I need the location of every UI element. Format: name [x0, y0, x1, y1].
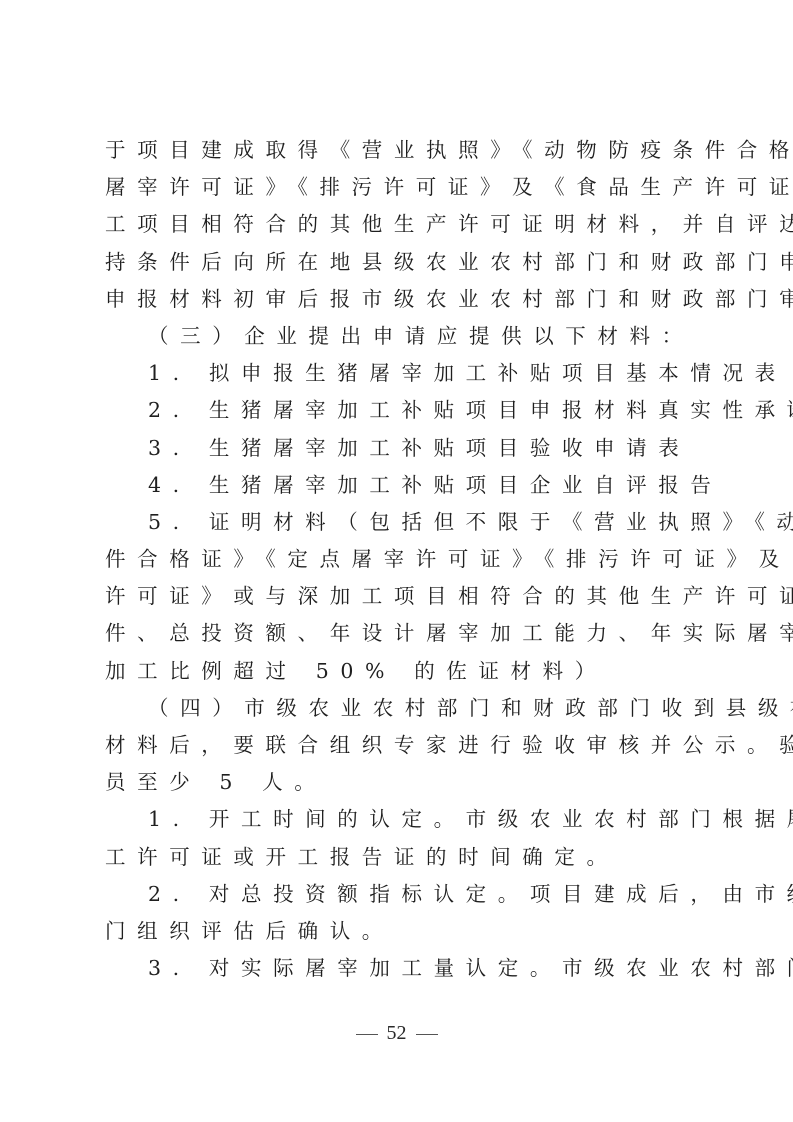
paragraph-line: 许可证》或与深加工项目相符合的其他生产许可证原件及复印	[105, 578, 705, 615]
paragraph-line: 工许可证或开工报告证的时间确定。	[105, 839, 705, 876]
list-item-5: 5. 证明材料（包括但不限于《营业执照》《动物防疫条	[105, 504, 705, 541]
criterion-item-3: 3. 对实际屠宰加工量认定。市级农业农村部门比对全国畜	[105, 950, 705, 987]
page-number: 52	[387, 1022, 407, 1044]
paragraph-line: 申报材料初审后报市级农业农村部门和财政部门审核。	[105, 281, 705, 318]
paragraph-line: 材料后，要联合组织专家进行验收审核并公示。验收组专家成	[105, 727, 705, 764]
list-item-3: 3. 生猪屠宰加工补贴项目验收申请表	[105, 430, 705, 467]
list-item-1: 1. 拟申报生猪屠宰加工补贴项目基本情况表	[105, 355, 705, 392]
list-item-4: 4. 生猪屠宰加工补贴项目企业自评报告	[105, 467, 705, 504]
paragraph-line: 于项目建成取得《营业执照》《动物防疫条件合格证》《定点	[105, 132, 705, 169]
paragraph-line: 持条件后向所在地县级农业农村部门和财政部门申报，县级对	[105, 244, 705, 281]
dash-left	[356, 1034, 378, 1036]
paragraph-line: 屠宰许可证》《排污许可证》及《食品生产许可证》或与深加	[105, 169, 705, 206]
paragraph-line: 件、总投资额、年设计屠宰加工能力、年实际屠宰加工量且深	[105, 615, 705, 652]
dash-right	[416, 1034, 438, 1036]
paragraph-line: 门组织评估后确认。	[105, 913, 705, 950]
paragraph-line: 加工比例超过 50% 的佐证材料）	[105, 653, 705, 690]
paragraph-line: 件合格证》《定点屠宰许可证》《排污许可证》及《食品生产	[105, 541, 705, 578]
page-footer: 52	[0, 1022, 793, 1045]
section-heading-4: （四）市级农业农村部门和财政部门收到县级初审通过的	[105, 690, 705, 727]
criterion-item-2: 2. 对总投资额指标认定。项目建成后，由市级农业农村部	[105, 876, 705, 913]
criterion-item-1: 1. 开工时间的认定。市级农业农村部门根据屠宰加工厂施	[105, 801, 705, 838]
document-page: 于项目建成取得《营业执照》《动物防疫条件合格证》《定点 屠宰许可证》《排污许可证…	[0, 0, 793, 1122]
paragraph-line: 员至少 5 人。	[105, 764, 705, 801]
list-item-2: 2. 生猪屠宰加工补贴项目申报材料真实性承诺书	[105, 392, 705, 429]
paragraph-line: 工项目相符合的其他生产许可证明材料，并自评达到本方案支	[105, 206, 705, 243]
section-heading-3: （三）企业提出申请应提供以下材料：	[105, 318, 705, 355]
body-text: 于项目建成取得《营业执照》《动物防疫条件合格证》《定点 屠宰许可证》《排污许可证…	[105, 132, 705, 987]
